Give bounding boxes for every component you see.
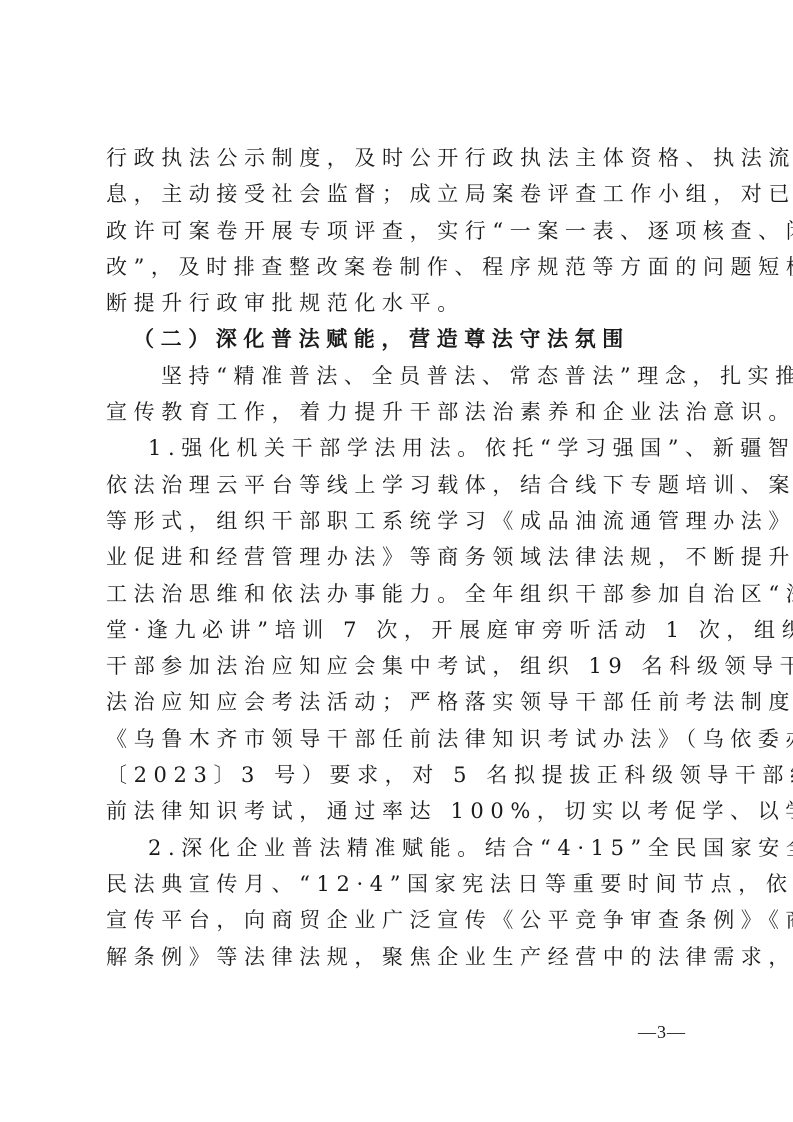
- page-number: —3—: [638, 1022, 686, 1043]
- text-line: 工法治思维和依法办事能力。全年组织干部参加自治区“法治讲: [106, 576, 690, 612]
- text-line: 行政执法公示制度，及时公开行政执法主体资格、执法流程等信: [106, 140, 690, 176]
- text-line: 断提升行政审批规范化水平。: [106, 285, 690, 321]
- text-line: 干部参加法治应知应会集中考试，组织 19 名科级领导干部参与: [106, 648, 690, 684]
- text-line: 解条例》等法律法规，聚焦企业生产经营中的法律需求，解读商: [106, 939, 690, 975]
- text-line: 依法治理云平台等线上学习载体，结合线下专题培训、案例研讨: [106, 467, 690, 503]
- body-text: 行政执法公示制度，及时公开行政执法主体资格、执法流程等信 息，主动接受社会监督；…: [106, 140, 690, 975]
- text-line: 改”，及时排查整改案卷制作、程序规范等方面的问题短板，不: [106, 249, 690, 285]
- text-line: 堂·逢九必讲”培训 7 次，开展庭审旁听活动 1 次，组织县级领导: [106, 612, 690, 648]
- subsection-lead-line: 1.强化机关干部学法用法。依托“学习强国”、新疆智慧普法: [106, 430, 690, 466]
- text-line: 前法律知识考试，通过率达 100%，切实以考促学、以学促用。: [106, 793, 690, 829]
- text-line: 坚持“精准普法、全员普法、常态普法”理念，扎实推进法治: [106, 358, 690, 394]
- text-line: 政许可案卷开展专项评查，实行“一案一表、逐项核查、闭环整: [106, 213, 690, 249]
- text-line: 《乌鲁木齐市领导干部任前法律知识考试办法》（乌依委办发: [106, 721, 690, 757]
- text-line: 宣传教育工作，着力提升干部法治素养和企业法治意识。: [106, 394, 690, 430]
- text-line: 等形式，组织干部职工系统学习《成品油流通管理办法》《餐饮: [106, 503, 690, 539]
- text-line: 法治应知应会考法活动；严格落实领导干部任前考法制度，按照: [106, 684, 690, 720]
- text-line: 宣传平台，向商贸企业广泛宣传《公平竞争审查条例》《商事调: [106, 902, 690, 938]
- subsection-lead-line: 2.深化企业普法精准赋能。结合“4·15”全民国家安全教育日、: [106, 830, 690, 866]
- text-line: 〔2023〕3 号）要求，对 5 名拟提拔正科级领导干部组织开展任: [106, 757, 690, 793]
- section-heading: （二）深化普法赋能，营造尊法守法氛围: [106, 321, 690, 357]
- text-line: 息，主动接受社会监督；成立局案卷评查工作小组，对已办结行: [106, 176, 690, 212]
- text-line: 民法典宣传月、“12·4”国家宪法日等重要时间节点，依托新媒体: [106, 866, 690, 902]
- text-line: 业促进和经营管理办法》等商务领域法律法规，不断提升干部职: [106, 539, 690, 575]
- document-page: 行政执法公示制度，及时公开行政执法主体资格、执法流程等信 息，主动接受社会监督；…: [0, 0, 793, 1122]
